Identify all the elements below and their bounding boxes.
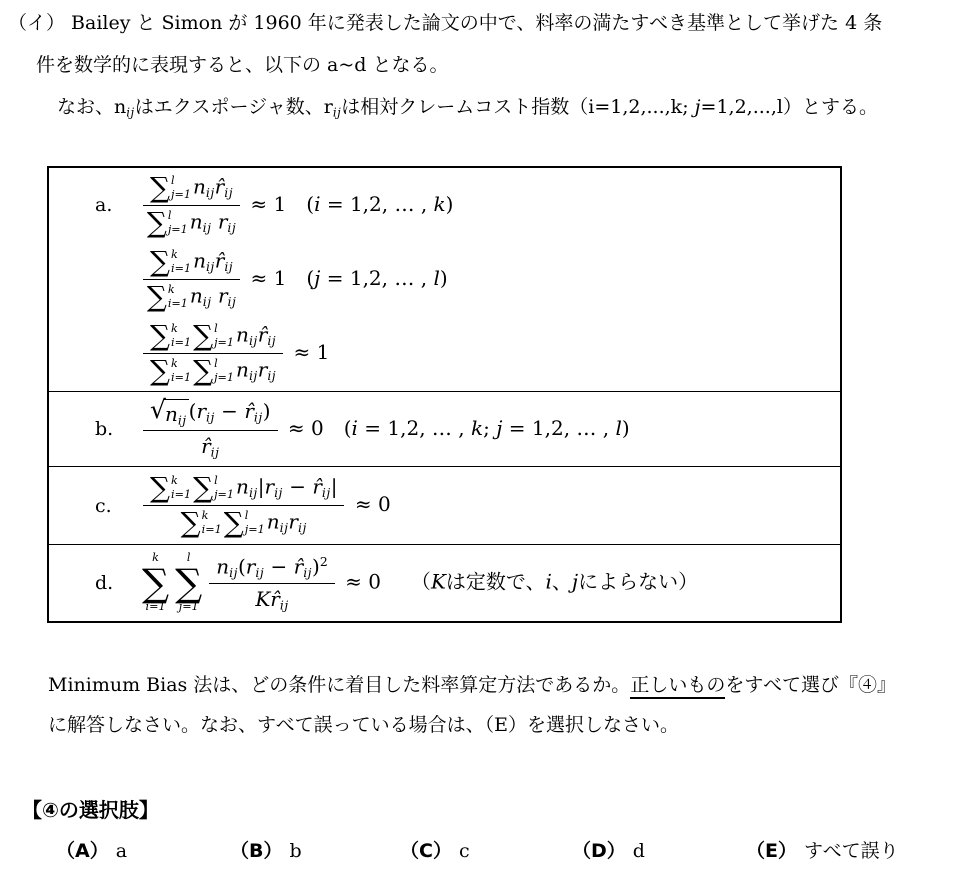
table-row-a: a. ∑lj=1nijr̂ij∑lj=1nij rij ≈ 1 (i = 1,2… [49,168,840,391]
choice-item-b: （B）b [230,836,302,863]
row-label-c: c. [49,495,139,517]
math-msum-g: ∑ [150,322,170,350]
math-mt: = 1,2, … , [502,416,615,440]
math-msum-l: ki=1 [171,322,191,350]
math-mt: n [114,96,126,118]
math-mt: | [331,475,338,499]
math-mnum: ∑ki=1nijr̂ij [143,248,240,280]
math-msubt: ij [224,185,233,200]
math-mnum: √nij(rij − r̂ij) [143,399,278,432]
math-msum-sup: k [171,322,178,336]
choice-item-e: （E）すべて誤り [746,836,899,863]
math-mi: r̂ [215,249,225,273]
choice-a-label: （A） [56,840,109,862]
math-msum: ∑lj=1 [224,509,265,537]
math-mfrac: √nij(rij − r̂ij)r̂ij [143,399,278,460]
math-mt: − [215,399,244,423]
formula-a-1: ∑lj=1nijr̂ij∑lj=1nij rij ≈ 1 (i = 1,2, …… [139,169,840,243]
formula-a-2: ∑ki=1nijr̂ij∑ki=1nij rij ≈ 1 (j = 1,2, …… [139,243,840,317]
math-msqbody: nij [164,399,189,428]
math-msum: ∑ki=1 [147,283,188,311]
math-mi: n [236,358,249,382]
math-mi: n [216,554,229,578]
math-msum-sup: l [214,357,218,371]
math-mt: = 1,2, … , [320,192,433,216]
math-mdsum: k∑i=1 [142,552,169,614]
math-mt: | [258,475,265,499]
formula-d-1-math: k∑i=1l∑j=1nij(rij − r̂ij)2Kr̂ij ≈ 0 （Kは定… [139,552,698,614]
formula-a-2-math: ∑ki=1nijr̂ij∑ki=1nij rij ≈ 1 (j = 1,2, …… [139,248,448,311]
math-mt: ≈ 1 [244,192,286,216]
math-msum-sub: i=1 [202,523,222,537]
math-msubt: ij [333,106,341,120]
math-mt: ( [286,266,314,290]
choice-item-a: （A）a [56,836,127,863]
math-mt: （ [381,570,431,594]
formula-d-1: k∑i=1l∑j=1nij(rij − r̂ij)2Kr̂ij ≈ 0 （Kは定… [139,545,840,621]
math-msum: ∑ki=1 [181,509,222,537]
math-msum-sub: i=1 [171,371,191,385]
math-msum-g: ∑ [150,174,170,202]
math-msum-g: ∑ [193,474,213,502]
math-mden: Kr̂ij [255,584,288,613]
math-mt: ≈ 0 [348,492,390,516]
choice-c-value: c [459,840,470,862]
math-mi: K [255,587,270,611]
math-msum-g: ∑ [224,509,244,537]
math-mfrac: nij(rij − r̂ij)2Kr̂ij [209,554,334,613]
math-mdsum-b: i=1 [146,601,166,614]
math-mt: なお、 [57,96,114,118]
math-msum-sub: j=1 [214,336,234,350]
math-msum-sub: j=1 [168,223,188,237]
math-mt: ≈ 1 [287,340,329,364]
math-msubt: ij [280,597,289,612]
math-msubt: ij [228,294,237,309]
math-mdsum-g: ∑ [142,565,169,601]
math-mfrac: ∑ki=1nijr̂ij∑ki=1nij rij [143,248,240,311]
math-msubt: ij [211,445,220,460]
math-mt: ) [440,266,448,290]
math-msum-l: ki=1 [171,357,191,385]
math-msubt: ij [249,485,258,500]
formula-a-3: ∑ki=1∑lj=1nijr̂ij∑ki=1∑lj=1nijrij ≈ 1 [139,317,840,391]
math-msum-l: lj=1 [214,357,234,385]
math-mden: ∑ki=1∑lj=1nijrij [181,506,307,537]
math-mt: − [264,554,293,578]
math-msum: ∑lj=1 [147,209,188,237]
math-msum-l: lj=1 [168,209,188,237]
math-msum-sup: l [214,322,218,336]
math-msum-g: ∑ [150,248,170,276]
math-msum-g: ∑ [181,509,201,537]
math-mi: n [267,510,280,534]
math-msum-sup: k [168,283,175,297]
math-mi: r̂ [294,554,304,578]
table-row-c: c. ∑ki=1∑lj=1nij|rij − r̂ij|∑ki=1∑lj=1ni… [49,466,840,544]
math-msubt: ij [267,333,276,348]
math-mt: ( [238,554,246,578]
choice-d-label: （D） [572,840,626,862]
math-mt: は相対クレームコスト指数（i=1,2,...,k; [341,96,694,118]
math-mt: 、 [552,570,572,594]
math-mdsum-g: ∑ [175,565,202,601]
math-msubt: ij [206,259,215,274]
math-mnum: ∑lj=1nijr̂ij [143,174,240,206]
math-mi: n [236,475,249,499]
math-mi: n [236,323,249,347]
math-msum-l: ki=1 [171,248,191,276]
math-mt: ≈ 0 [282,416,324,440]
math-msum: ∑lj=1 [193,322,234,350]
math-mt: ≈ 0 [339,570,381,594]
choice-b-label: （B） [230,840,282,862]
math-mnum: ∑ki=1∑lj=1nijr̂ij [143,322,283,354]
question-emphasis-underlined: 正しいもの [630,674,725,699]
formula-a-1-math: ∑lj=1nijr̂ij∑lj=1nij rij ≈ 1 (i = 1,2, …… [139,174,453,237]
math-mfrac: ∑ki=1∑lj=1nij|rij − r̂ij|∑ki=1∑lj=1nijri… [143,474,344,537]
math-msqrt: √nij [150,399,189,428]
intro-note-math: なお、nijはエクスポージャ数、rijは相対クレームコスト指数（i=1,2,..… [57,92,878,120]
math-msum-l: ki=1 [168,283,188,311]
math-mi: r [288,510,298,534]
choice-item-c: （C）c [400,836,470,863]
math-mt: によらない） [578,570,698,594]
math-msum-g: ∑ [150,357,170,385]
math-mi: r [246,554,256,578]
exam-document-page: （イ） Bailey と Simon が 1960 年に発表した論文の中で、料率… [0,0,958,874]
math-msum-sup: l [171,174,175,188]
math-msum-g: ∑ [193,357,213,385]
choice-item-d: （D）d [572,836,645,863]
math-mi: n [190,284,203,308]
math-mt: = 1,2, … , [320,266,433,290]
math-msum-sub: j=1 [171,188,191,202]
math-mfrac: ∑lj=1nijr̂ij∑lj=1nij rij [143,174,240,237]
math-msubt: ij [298,520,307,535]
math-msum-sub: j=1 [214,371,234,385]
math-msum-l: lj=1 [214,322,234,350]
math-mt: ) [263,399,271,423]
table-row-b: b. √nij(rij − r̂ij)r̂ij ≈ 0 (i = 1,2, … … [49,391,840,466]
math-mt: ) [312,554,320,578]
math-msum-sup: k [171,474,178,488]
math-msubt: ij [126,106,134,120]
math-msum: ∑lj=1 [150,174,191,202]
question-line-1-post: をすべて選び『④』 [725,674,896,696]
question-line-1: Minimum Bias 法は、どの条件に着目した料率算定方法であるか。正しいも… [48,672,896,698]
math-msum: ∑ki=1 [150,322,191,350]
math-msum-l: lj=1 [214,474,234,502]
choice-e-label: （E） [746,840,797,862]
math-msum-sub: i=1 [171,488,191,502]
choice-b-value: b [289,840,301,862]
math-msum-sub: i=1 [168,297,188,311]
math-msum: ∑ki=1 [150,248,191,276]
row-label-b: b. [49,418,139,440]
math-mdsum-b: j=1 [179,601,199,614]
math-msum-sup: l [168,209,172,223]
math-msubt: ij [178,412,187,427]
math-mt: は定数で、 [446,570,546,594]
intro-line-1: （イ） Bailey と Simon が 1960 年に発表した論文の中で、料率… [8,10,882,36]
math-msum: ∑lj=1 [193,357,234,385]
row-b-formulas: √nij(rij − r̂ij)r̂ij ≈ 0 (i = 1,2, … , k… [139,392,840,466]
math-msubt: ij [267,368,276,383]
math-mden: ∑ki=1∑lj=1nijrij [150,354,276,385]
math-msubt: ij [229,565,238,580]
math-msubt: ij [206,185,215,200]
math-msum-sub: j=1 [214,488,234,502]
math-mt: ( [286,192,314,216]
math-msubt: ij [206,409,215,424]
choice-d-value: d [633,840,645,862]
math-mt: = 1,2, … , [358,416,471,440]
math-msum-sub: i=1 [171,262,191,276]
formula-b-1-math: √nij(rij − r̂ij)r̂ij ≈ 0 (i = 1,2, … , k… [139,399,630,460]
math-msum-l: lj=1 [245,509,265,537]
choice-a-value: a [116,840,127,862]
math-mi: K [431,570,446,594]
formula-c-1: ∑ki=1∑lj=1nij|rij − r̂ij|∑ki=1∑lj=1nijri… [139,468,840,543]
row-a-formulas: ∑lj=1nijr̂ij∑lj=1nij rij ≈ 1 (i = 1,2, …… [139,168,840,391]
math-msupt: 2 [320,554,328,569]
math-mi: r̂ [312,475,322,499]
math-msubt: ij [255,565,264,580]
math-msum-g: ∑ [193,322,213,350]
intro-note-line: なお、nijはエクスポージャ数、rijは相対クレームコスト指数（i=1,2,..… [57,92,878,120]
math-msum-l: lj=1 [171,174,191,202]
math-msubt: ij [224,259,233,274]
math-mt: =1,2,...,l）とする。 [701,96,878,118]
row-c-formulas: ∑ki=1∑lj=1nij|rij − r̂ij|∑ki=1∑lj=1nijri… [139,467,840,544]
math-mden: ∑lj=1nij rij [147,206,236,237]
math-mi: r̂ [215,175,225,199]
math-msubt: ij [303,565,312,580]
row-d-formulas: k∑i=1l∑j=1nij(rij − r̂ij)2Kr̂ij ≈ 0 （Kは定… [139,545,840,621]
math-msum-sup: k [171,357,178,371]
question-line-1-pre: Minimum Bias 法は、どの条件に着目した料率算定方法であるか。 [48,674,630,696]
choice-e-value: すべて誤り [804,840,899,862]
math-msubt: ij [249,368,258,383]
math-mi: n [193,249,206,273]
math-msum-sup: l [214,474,218,488]
question-line-2: に解答しなさい。なお、すべて誤っている場合は、（E）を選択しなさい。 [48,712,679,738]
math-msubt: ij [322,485,331,500]
math-mt: ) [446,192,454,216]
math-msum-g: ∑ [147,209,167,237]
row-label-d: d. [49,572,139,594]
math-mi: r [218,210,228,234]
math-mdsum: l∑j=1 [175,552,202,614]
math-mnum: ∑ki=1∑lj=1nij|rij − r̂ij| [143,474,344,506]
formula-b-1: √nij(rij − r̂ij)r̂ij ≈ 0 (i = 1,2, … , k… [139,393,840,465]
math-mt: ) [622,416,630,440]
math-msum-sup: l [245,509,249,523]
math-msum-sub: i=1 [171,336,191,350]
math-msubt: ij [203,294,212,309]
math-mfrac: ∑ki=1∑lj=1nijr̂ij∑ki=1∑lj=1nijrij [143,322,283,385]
math-msum: ∑ki=1 [150,474,191,502]
math-msum: ∑ki=1 [150,357,191,385]
math-mt: − [283,475,312,499]
math-msum-l: ki=1 [171,474,191,502]
math-msum: ∑lj=1 [193,474,234,502]
table-row-d: d. k∑i=1l∑j=1nij(rij − r̂ij)2Kr̂ij ≈ 0 （… [49,544,840,621]
math-mt: ( [324,416,352,440]
choices-header: 【④の選択肢】 [22,794,159,823]
math-msum-g: ∑ [150,474,170,502]
math-mi: r̂ [244,399,254,423]
formula-a-3-math: ∑ki=1∑lj=1nijr̂ij∑ki=1∑lj=1nijrij ≈ 1 [139,322,329,385]
math-msum-sub: j=1 [245,523,265,537]
math-mi: n [190,210,203,234]
math-msum-sup: k [171,248,178,262]
math-mi: k [471,416,483,440]
row-label-a: a. [49,194,139,216]
math-mi: r [196,399,206,423]
math-mi: r̂ [201,434,211,458]
math-msubt: ij [254,409,263,424]
math-msubt: ij [249,333,258,348]
math-msum-l: ki=1 [202,509,222,537]
intro-line-2: 件を数学的に表現すると、以下の a~d となる。 [36,52,449,78]
math-msubt: ij [274,485,283,500]
math-mi: r [258,358,268,382]
math-mt: ≈ 1 [244,266,286,290]
math-mt: ; [483,416,496,440]
math-mt: はエクスポージャ数、 [135,96,324,118]
math-mden: ∑ki=1nij rij [147,280,237,311]
math-mi: n [193,175,206,199]
math-mi: k [434,192,446,216]
criteria-table: a. ∑lj=1nijr̂ij∑lj=1nij rij ≈ 1 (i = 1,2… [47,166,842,623]
math-mt: r [324,96,333,118]
math-mi: r [218,284,228,308]
math-msum-sup: k [202,509,209,523]
math-mden: r̂ij [201,431,219,460]
math-msubt: ij [227,220,236,235]
formula-c-1-math: ∑ki=1∑lj=1nij|rij − r̂ij|∑ki=1∑lj=1nijri… [139,474,391,537]
math-mi: n [165,402,178,426]
choice-c-label: （C） [400,840,452,862]
math-mnum: nij(rij − r̂ij)2 [209,554,334,584]
math-msum-g: ∑ [147,283,167,311]
math-mi: r̂ [270,587,280,611]
math-mi: r [265,475,275,499]
math-mi: r̂ [258,323,268,347]
